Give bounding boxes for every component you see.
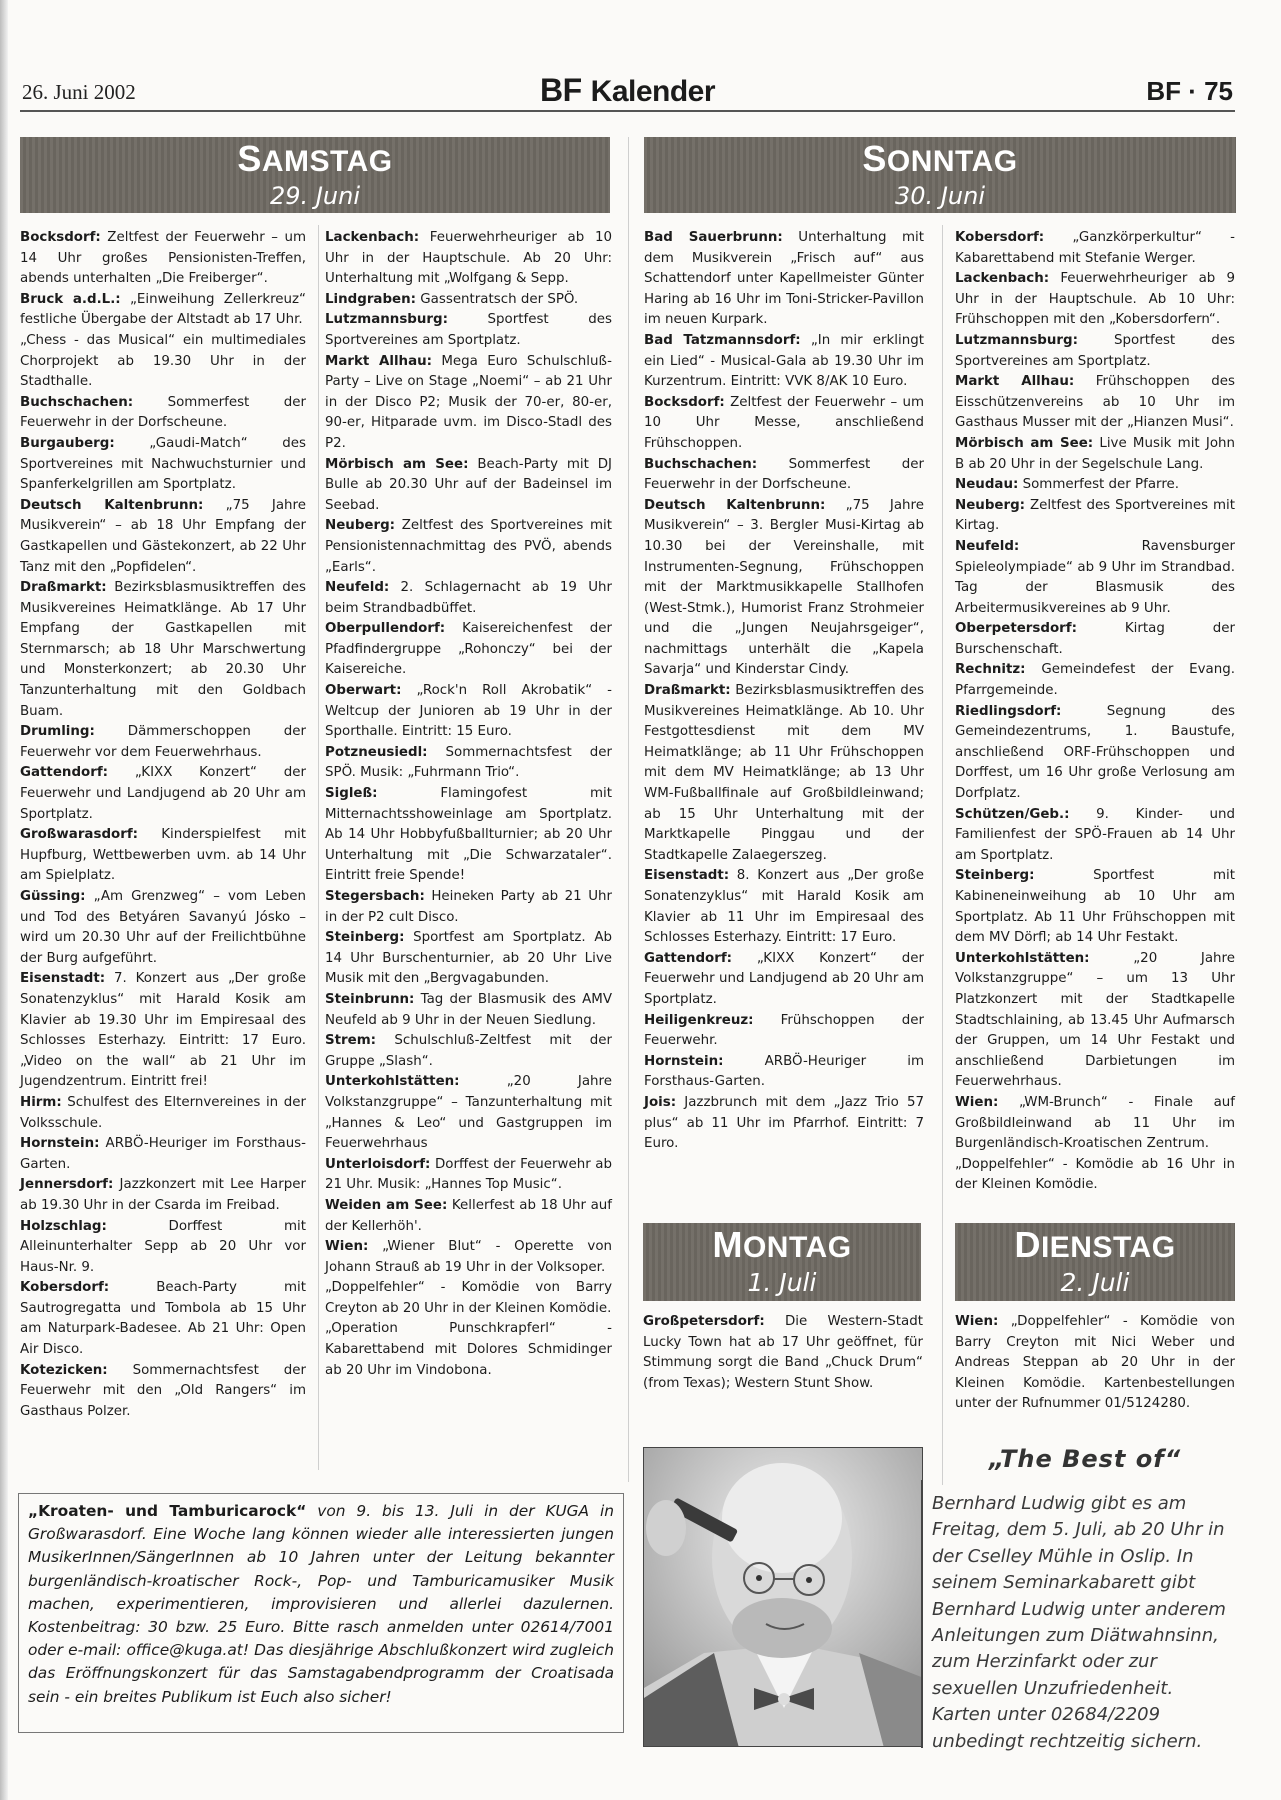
day-header-sonntag: SONNTAG 30. Juni	[644, 137, 1236, 213]
event-location: Lackenbach:	[325, 230, 419, 245]
event-listing: „Doppelfehler“ - Komödie von Barry Creyt…	[325, 1278, 612, 1319]
event-listing: Mörbisch am See: Beach-Party mit DJ Bull…	[325, 455, 612, 517]
event-description: Gassentratsch der SPÖ.	[416, 292, 578, 307]
event-location: Riedlingsdorf:	[955, 704, 1061, 719]
event-listing: Strem: Schulschluß-Zeltfest mit der Grup…	[325, 1031, 612, 1072]
column-divider	[318, 225, 319, 1470]
event-listing: Stegersbach: Heineken Party ab 21 Uhr in…	[325, 887, 612, 928]
event-location: Oberpetersdorf:	[955, 621, 1077, 636]
event-listing: Deutsch Kaltenbrunn: „75 Jahre Musikvere…	[644, 496, 924, 681]
event-location: Bad Sauerbrunn:	[644, 230, 783, 245]
event-listing: Drumling: Dämmerschoppen der Feuerwehr v…	[20, 722, 306, 763]
event-listing: Wien: „Doppelfehler“ - Komödie von Barry…	[955, 1312, 1235, 1415]
event-location: Neufeld:	[955, 539, 1019, 554]
event-listing: Riedlingsdorf: Segnung des Gemeindezentr…	[955, 702, 1235, 805]
event-listing: Kobersdorf: „Ganzkörperkultur“ - Kabaret…	[955, 228, 1235, 269]
event-location: Hornstein:	[644, 1054, 723, 1069]
samstag-column-1: Bocksdorf: Zeltfest der Feuerwehr – um 1…	[20, 228, 306, 1422]
sonntag-column-2: Kobersdorf: „Ganzkörperkultur“ - Kabaret…	[955, 228, 1235, 1196]
event-location: Heiligenkreuz:	[644, 1013, 754, 1028]
event-listing: „Operation Punschkrapferl“ - Kabarettabe…	[325, 1319, 612, 1381]
event-location: Stegersbach:	[325, 889, 425, 904]
event-location: Unterkohlstätten:	[955, 951, 1090, 966]
event-listing: Heiligenkreuz: Frühschoppen der Feuerweh…	[644, 1011, 924, 1052]
event-location: Wien:	[955, 1314, 998, 1329]
event-location: Oberpullendorf:	[325, 621, 445, 636]
event-listing: Eisenstadt: 8. Konzert aus „Der große So…	[644, 866, 924, 948]
event-location: Kobersdorf:	[955, 230, 1044, 245]
event-location: Strem:	[325, 1033, 376, 1048]
event-location: Gattendorf:	[644, 951, 732, 966]
event-listing: Schützen/Geb.: 9. Kinder- und Familienfe…	[955, 805, 1235, 867]
event-listing: Gattendorf: „KIXX Konzert“ der Feuerwehr…	[20, 763, 306, 825]
event-location: Markt Allhau:	[955, 374, 1074, 389]
event-location: Markt Allhau:	[325, 354, 432, 369]
photo-bernhard-ludwig	[643, 1447, 923, 1747]
box-text: von 9. bis 13. Juli in der KUGA in Großw…	[28, 1502, 614, 1706]
event-location: Gattendorf:	[20, 765, 108, 780]
event-listing: Bad Sauerbrunn: Unterhaltung mit dem Mus…	[644, 228, 924, 331]
event-description: „75 Jahre Musikverein“ – 3. Bergler Musi…	[644, 498, 924, 678]
event-listing: Buchschachen: Sommerfest der Feuerwehr i…	[644, 455, 924, 496]
event-location: Eisenstadt:	[20, 971, 105, 986]
event-location: Potzneusiedl:	[325, 745, 428, 760]
event-description: „20 Jahre Volkstanzgruppe“ – um 13 Uhr P…	[955, 951, 1235, 1090]
event-location: Deutsch Kaltenbrunn:	[20, 498, 203, 513]
day-header-dienstag: DIENSTAG 2. Juli	[955, 1223, 1235, 1301]
event-location: Kobersdorf:	[20, 1280, 109, 1295]
event-location: Jennersdorf:	[20, 1177, 113, 1192]
montag-column: Großpetersdorf: Die Western-Stadt Lucky …	[643, 1312, 923, 1394]
event-listing: „Doppelfehler“ - Komödie ab 16 Uhr in de…	[955, 1155, 1235, 1196]
event-location: Neuberg:	[955, 498, 1025, 513]
event-listing: Draßmarkt: Bezirksblasmusiktreffen des M…	[20, 578, 306, 722]
event-description: Jazzbrunch mit dem „Jazz Trio 57 plus“ a…	[644, 1095, 924, 1151]
event-description: „Doppelfehler“ - Komödie ab 16 Uhr in de…	[955, 1157, 1235, 1193]
event-listing: Hornstein: ARBÖ-Heuriger im Forsthaus-Ga…	[20, 1134, 306, 1175]
event-listing: Lackenbach: Feuerwehrheuriger ab 10 Uhr …	[325, 228, 612, 290]
samstag-column-2: Lackenbach: Feuerwehrheuriger ab 10 Uhr …	[325, 228, 612, 1381]
event-listing: Wien: „Wiener Blut“ - Operette von Johan…	[325, 1237, 612, 1278]
page-edge	[0, 0, 8, 1800]
event-location: Deutsch Kaltenbrunn:	[644, 498, 825, 513]
event-location: Mörbisch am See:	[325, 457, 468, 472]
event-listing: Steinbrunn: Tag der Blasmusik des AMV Ne…	[325, 990, 612, 1031]
event-listing: Oberwart: „Rock'n Roll Akrobatik“ - Welt…	[325, 681, 612, 743]
event-listing: Neuberg: Zeltfest des Sportvereines mit …	[325, 516, 612, 578]
event-location: Weiden am See:	[325, 1198, 447, 1213]
promo-accent-bar	[921, 1480, 923, 1748]
event-location: Hornstein:	[20, 1136, 99, 1151]
box-lead: „Kroaten- und Tamburicarock“	[28, 1502, 306, 1520]
event-listing: Eisenstadt: 7. Konzert aus „Der große So…	[20, 969, 306, 1093]
event-description: „Doppelfehler“ - Komödie von Barry Creyt…	[325, 1280, 612, 1316]
event-description: 7. Konzert aus „Der große Sonatenzyklus“…	[20, 971, 306, 1089]
event-listing: Weiden am See: Kellerfest ab 18 Uhr auf …	[325, 1196, 612, 1237]
column-divider	[942, 225, 943, 1485]
event-location: Bocksdorf:	[644, 395, 725, 410]
event-listing: Mörbisch am See: Live Musik mit John B a…	[955, 434, 1235, 475]
event-location: Draßmarkt:	[20, 580, 107, 595]
section-name: Kalender	[591, 75, 715, 108]
event-location: Kotezicken:	[20, 1363, 108, 1378]
event-description: Sommerfest der Pfarre.	[1018, 477, 1179, 492]
event-description: „Operation Punschkrapferl“ - Kabarettabe…	[325, 1321, 612, 1377]
event-location: Güssing:	[20, 889, 86, 904]
event-location: Jois:	[644, 1095, 676, 1110]
day-date: 1. Juli	[643, 1268, 921, 1298]
event-listing: Unterkohlstätten: „20 Jahre Volkstanzgru…	[325, 1072, 612, 1154]
event-description: „Chess - das Musical“ ein multimediales …	[20, 333, 306, 389]
page-header: 26. Juni 2002 BF Kalender BF · 75	[20, 70, 1235, 112]
event-listing: Oberpetersdorf: Kirtag der Burschenschaf…	[955, 619, 1235, 660]
event-location: Steinberg:	[325, 930, 404, 945]
event-location: Drumling:	[20, 724, 95, 739]
event-listing: Bruck a.d.L.: „Einweihung Zellerkreuz“ f…	[20, 290, 306, 331]
event-listing: Neufeld: Ravensburger Spieleolympiade“ a…	[955, 537, 1235, 619]
event-listing: Draßmarkt: Bezirksblasmusiktreffen des M…	[644, 681, 924, 866]
event-listing: Güssing: „Am Grenzweg“ – vom Leben und T…	[20, 887, 306, 969]
event-location: Lutzmannsburg:	[955, 333, 1078, 348]
event-location: Neuberg:	[325, 518, 395, 533]
event-listing: Jois: Jazzbrunch mit dem „Jazz Trio 57 p…	[644, 1093, 924, 1155]
event-location: Großwarasdorf:	[20, 827, 138, 842]
event-description: Bezirksblasmusiktreffen des Musikvereine…	[644, 683, 924, 863]
event-listing: Lutzmannsburg: Sportfest des Sportverein…	[955, 331, 1235, 372]
event-location: Neufeld:	[325, 580, 389, 595]
event-listing: Unterkohlstätten: „20 Jahre Volkstanzgru…	[955, 949, 1235, 1093]
day-date: 2. Juli	[955, 1268, 1235, 1298]
event-location: Buchschachen:	[20, 395, 133, 410]
event-listing: Rechnitz: Gemeindefest der Evang. Pfarrg…	[955, 660, 1235, 701]
event-location: Wien:	[325, 1239, 368, 1254]
event-listing: Großwarasdorf: Kinderspielfest mit Hupfb…	[20, 825, 306, 887]
event-listing: Wien: „WM-Brunch“ - Finale auf Großbildl…	[955, 1093, 1235, 1155]
event-location: Oberwart:	[325, 683, 401, 698]
event-listing: Gattendorf: „KIXX Konzert“ der Feuerwehr…	[644, 949, 924, 1011]
sonntag-column-1: Bad Sauerbrunn: Unterhaltung mit dem Mus…	[644, 228, 924, 1155]
event-location: Bruck a.d.L.:	[20, 292, 121, 307]
event-listing: Neudau: Sommerfest der Pfarre.	[955, 475, 1235, 496]
day-header-montag: MONTAG 1. Juli	[643, 1223, 921, 1301]
event-listing: Kotezicken: Sommernachtsfest der Feuerwe…	[20, 1361, 306, 1423]
event-listing: „Chess - das Musical“ ein multimediales …	[20, 331, 306, 393]
event-listing: Neufeld: 2. Schlagernacht ab 19 Uhr beim…	[325, 578, 612, 619]
event-listing: Markt Allhau: Mega Euro Schulschluß-Part…	[325, 352, 612, 455]
event-location: Schützen/Geb.:	[955, 807, 1069, 822]
event-location: Mörbisch am See:	[955, 436, 1093, 451]
event-location: Eisenstadt:	[644, 868, 729, 883]
promo-text: Bernhard Ludwig gibt es am Freitag, dem …	[932, 1491, 1232, 1755]
event-listing: Jennersdorf: Jazzkonzert mit Lee Harper …	[20, 1175, 306, 1216]
event-location: Draßmarkt:	[644, 683, 731, 698]
event-location: Unterloisdorf:	[325, 1157, 430, 1172]
event-location: Großpetersdorf:	[643, 1314, 765, 1329]
day-date: 29. Juni	[20, 182, 610, 210]
event-listing: Lindgraben: Gassentratsch der SPÖ.	[325, 290, 612, 311]
event-listing: Bocksdorf: Zeltfest der Feuerwehr – um 1…	[20, 228, 306, 290]
brand-logo: BF	[540, 72, 582, 108]
section-title: BF Kalender	[20, 72, 1235, 109]
portrait-image	[644, 1448, 923, 1747]
event-listing: Hornstein: ARBÖ-Heuriger im Forsthaus-Ga…	[644, 1052, 924, 1093]
event-location: Burgauberg:	[20, 436, 115, 451]
kroaten-tamburicarock-box: „Kroaten- und Tamburicarock“ von 9. bis …	[18, 1493, 624, 1733]
event-location: Rechnitz:	[955, 662, 1026, 677]
event-listing: Lackenbach: Feuerwehrheuriger ab 9 Uhr i…	[955, 269, 1235, 331]
event-listing: Bocksdorf: Zeltfest der Feuerwehr – um 1…	[644, 393, 924, 455]
event-listing: Buchschachen: Sommerfest der Feuerwehr i…	[20, 393, 306, 434]
event-description: Schulfest des Elternvereines in der Volk…	[20, 1095, 306, 1131]
event-location: Neudau:	[955, 477, 1018, 492]
event-location: Lutzmannsburg:	[325, 312, 448, 327]
event-location: Bad Tatzmannsdorf:	[644, 333, 801, 348]
event-listing: Neuberg: Zeltfest des Sportvereines mit …	[955, 496, 1235, 537]
event-listing: Großpetersdorf: Die Western-Stadt Lucky …	[643, 1312, 923, 1394]
event-listing: Deutsch Kaltenbrunn: „75 Jahre Musikvere…	[20, 496, 306, 578]
event-location: Steinbrunn:	[325, 992, 414, 1007]
dienstag-column: Wien: „Doppelfehler“ - Komödie von Barry…	[955, 1312, 1235, 1415]
event-description: Bezirksblasmusiktreffen des Musikvereine…	[20, 580, 306, 719]
event-location: Lindgraben:	[325, 292, 416, 307]
event-listing: Kobersdorf: Beach-Party mit Sautrogregat…	[20, 1278, 306, 1360]
event-location: Steinberg:	[955, 868, 1034, 883]
event-listing: Potzneusiedl: Sommernachtsfest der SPÖ. …	[325, 743, 612, 784]
event-listing: Steinberg: Sportfest mit Kabineneinweihu…	[955, 866, 1235, 948]
event-listing: Steinberg: Sportfest am Sportplatz. Ab 1…	[325, 928, 612, 990]
event-listing: Bad Tatzmannsdorf: „In mir erklingt ein …	[644, 331, 924, 393]
day-date: 30. Juni	[644, 182, 1236, 210]
event-location: Holzschlag:	[20, 1219, 107, 1234]
event-listing: Burgauberg: „Gaudi-Match“ des Sportverei…	[20, 434, 306, 496]
event-location: Buchschachen:	[644, 457, 757, 472]
column-divider	[628, 137, 629, 1482]
event-description: „Wiener Blut“ - Operette von Johann Stra…	[325, 1239, 612, 1275]
event-location: Sigleß:	[325, 786, 377, 801]
promo-title: „The Best of“	[930, 1445, 1240, 1473]
event-location: Bocksdorf:	[20, 230, 101, 245]
event-listing: Sigleß: Flamingofest mit Mitternachtssho…	[325, 784, 612, 887]
event-location: Hirm:	[20, 1095, 62, 1110]
event-listing: Oberpullendorf: Kaisereichenfest der Pfa…	[325, 619, 612, 681]
event-listing: Hirm: Schulfest des Elternvereines in de…	[20, 1093, 306, 1134]
day-header-samstag: SAMSTAG 29. Juni	[20, 137, 610, 213]
event-listing: Unterloisdorf: Dorffest der Feuerwehr ab…	[325, 1155, 612, 1196]
event-location: Wien:	[955, 1095, 998, 1110]
event-location: Unterkohlstätten:	[325, 1074, 460, 1089]
event-listing: Lutzmannsburg: Sportfest des Sportverein…	[325, 310, 612, 351]
page-number: BF · 75	[1146, 76, 1233, 107]
event-listing: Markt Allhau: Frühschoppen des Eisschütz…	[955, 372, 1235, 434]
event-location: Lackenbach:	[955, 271, 1049, 286]
event-listing: Holzschlag: Dorffest mit Alleinunterhalt…	[20, 1217, 306, 1279]
